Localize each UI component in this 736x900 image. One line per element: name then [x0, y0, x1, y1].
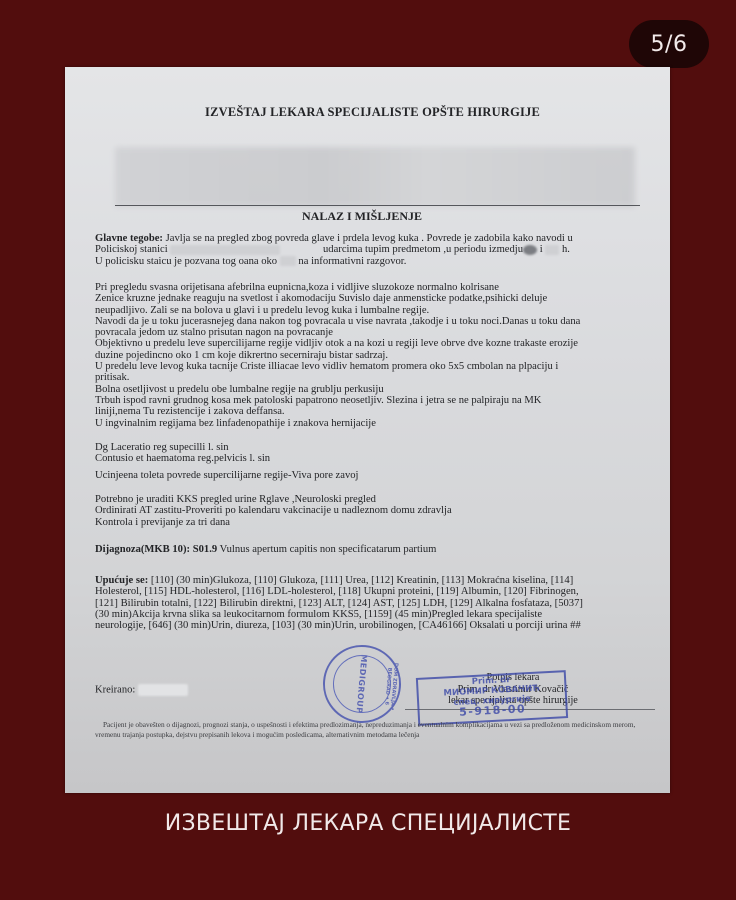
page-counter: 5/6 [629, 20, 709, 68]
complaint-label: Glavne tegobe: [95, 233, 163, 244]
stamp-ring-text: DOM ZDRAVLJA • BEOGRAD • 6 [382, 649, 400, 724]
document-page: IZVEŠTAJ LEKARA SPECIJALISTE OPŠTE HIRUR… [65, 67, 670, 793]
created-label: Kreirano: [95, 684, 135, 695]
referral-line: Holesterol, [115] HDL-holesterol, [116] … [95, 586, 655, 597]
divider [115, 205, 640, 206]
control-note: Kontrola i previjanje za tri dana [95, 517, 655, 528]
rectangular-stamp: Prim. dr МИОМИР КОВАЧИЋ спец. хирургије … [416, 670, 568, 726]
redacted-text [138, 684, 188, 696]
redacted-text [523, 245, 537, 255]
complaint-line: U policisku staicu je pozvana tog oana o… [95, 256, 277, 267]
treatment: Ucinjeena toleta povrede supercilijarne … [95, 470, 655, 481]
referral-line: [121] Bilirubin totalni, [122] Bilirubin… [95, 598, 655, 609]
exam-line: pritisak. [95, 372, 655, 383]
disclaimer: Pacijent je obavešten o dijagnozi, progn… [95, 720, 640, 740]
referral-line: neurologije, [646] (30 min)Urin, diureza… [95, 620, 655, 631]
complaint-line: udarcima tupim predmetom ,u periodu izme… [323, 244, 523, 255]
exam-line: Objektivno u predelu leve supercilijarne… [95, 338, 655, 349]
dg-line: Contusio et haematoma reg.pelvicis l. si… [95, 453, 655, 464]
spacer [283, 245, 323, 255]
complaint-line: h. [562, 244, 570, 255]
created-field: Kreirano: [95, 684, 188, 696]
exam-line: U ingvinalnim regijama bez linfadenopath… [95, 418, 655, 429]
exam-line: duzine pojedincno oko 1 cm koje dikrertn… [95, 350, 655, 361]
referral-line: [110] (30 min)Glukoza, [110] Glukoza, [1… [151, 575, 573, 586]
section-title: NALAZ I MIŠLJENJE [302, 209, 422, 224]
complaint-line: Policiskoj stanici [95, 244, 168, 255]
examination-findings: Pri pregledu svasna orijetisana afebriln… [95, 282, 655, 429]
diagnosis-code: S01.9 [193, 544, 217, 555]
exam-line: U predelu leve levog kuka tacnije Criste… [95, 361, 655, 372]
document-title: IZVEŠTAJ LEKARA SPECIJALISTE OPŠTE HIRUR… [205, 105, 540, 120]
diagnosis-text: Vulnus apertum capitis non specificataru… [220, 544, 437, 555]
exam-line: povracala jedom uz stalno prisutan nagon… [95, 327, 655, 338]
diagnosis-label: Dijagnoza(MKB 10): [95, 544, 190, 555]
round-stamp: DOM ZDRAVLJA • BEOGRAD • 6 MEDIGROUP [320, 642, 405, 727]
exam-line: Bolna osetljivost u predelu obe lumbalne… [95, 384, 655, 395]
exam-line: Pri pregledu svasna orijetisana afebriln… [95, 282, 655, 293]
recommendation-line: Ordinirati AT zastitu-Proveriti po kalen… [95, 505, 655, 516]
preliminary-diagnosis: Dg Laceratio reg supecilli l. sin Contus… [95, 442, 655, 465]
exam-line: Zenice kruzne jednake reaguju na svetlos… [95, 293, 655, 304]
redacted-header [115, 147, 635, 207]
referral-line: (30 min)Akcija krvna slika sa leukocitar… [95, 609, 655, 620]
referral-label: Upućuje se: [95, 575, 148, 586]
exam-line: neupadljivo. Zali se na bolova u glavi i… [95, 305, 655, 316]
dg-line: Dg Laceratio reg supecilli l. sin [95, 442, 655, 453]
redacted-text [280, 256, 296, 266]
complaint-line: na informativni razgovor. [298, 256, 406, 267]
redacted-text [170, 245, 280, 255]
recommendation-line: Potrebno je uraditi KKS pregled urine Rg… [95, 494, 655, 505]
control-line: Kontrola i previjanje za tri dana [95, 517, 655, 528]
complaint-line: i [540, 244, 543, 255]
main-complaint: Glavne tegobe: Javlja se na pregled zbog… [95, 233, 655, 267]
exam-line: Trbuh ispod ravni grudnog kosa mek patol… [95, 395, 655, 406]
diagnosis: Dijagnoza(MKB 10): S01.9 Vulnus apertum … [95, 544, 655, 555]
caption: ИЗВЕШТАЈ ЛЕКАРА СПЕЦИЈАЛИСТЕ [0, 811, 736, 836]
referral: Upućuje se: [110] (30 min)Glukoza, [110]… [95, 575, 655, 631]
recommendations: Potrebno je uraditi KKS pregled urine Rg… [95, 494, 655, 517]
complaint-line: Javlja se na pregled zbog povreda glave … [166, 233, 573, 244]
treatment-line: Ucinjeena toleta povrede supercilijarne … [95, 470, 655, 481]
redacted-text [545, 245, 559, 255]
exam-line: liniji,nema Tu rezistencije i zakova def… [95, 406, 655, 417]
exam-line: Navodi da je u toku jucerasnejeg dana na… [95, 316, 655, 327]
